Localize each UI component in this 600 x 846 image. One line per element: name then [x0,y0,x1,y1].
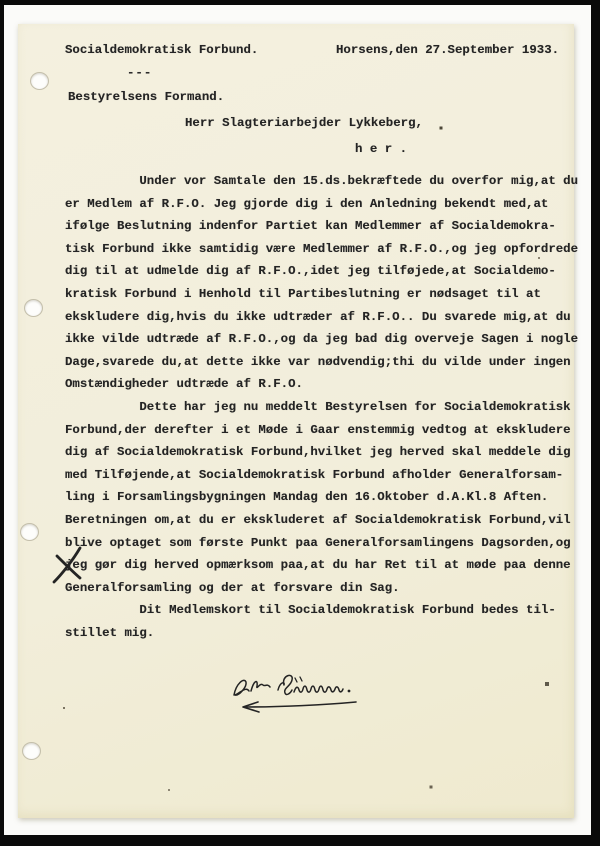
letter-line: ling i Forsamlingsbygningen Mandag den 1… [65,486,578,509]
punch-hole [24,299,43,317]
letter-line: Beretningen om,at du er ekskluderet af S… [65,509,578,532]
letter-line: kratisk Forbund i Henhold til Partibeslu… [65,283,578,306]
scan-frame: Socialdemokratisk Forbund. Horsens,den 2… [0,0,600,846]
letter-line: Dette har jeg nu meddelt Bestyrelsen for… [65,396,578,419]
letter-line: Under vor Samtale den 15.ds.bekræftede d… [65,170,578,193]
letter-line: dig af Socialdemokratisk Forbund,hvilket… [65,441,578,464]
dateline: Horsens,den 27.September 1933. [336,43,559,58]
letter-line: er Medlem af R.F.O. Jeg gjorde dig i den… [65,193,578,216]
separator-dashes: --- [127,66,152,81]
letter-line: med Tilføjende,at Socialdemokratisk Forb… [65,464,578,487]
letter-line: Dage,svarede du,at dette ikke var nødven… [65,351,578,374]
scan-backdrop: Socialdemokratisk Forbund. Horsens,den 2… [4,5,591,835]
punch-hole [22,742,41,760]
letter-line: ifølge Beslutning indenfor Partiet kan M… [65,215,578,238]
letter-line: Forbund,der derefter i et Møde i Gaar en… [65,419,578,442]
sender-title: Bestyrelsens Formand. [68,90,224,105]
letter-line: dig til at udmelde dig af R.F.O.,idet je… [65,260,578,283]
dust-speckles [18,24,20,26]
letter-line: Generalforsamling og der at forsvare din… [65,577,578,600]
letter-line: blive optaget som første Punkt paa Gener… [65,532,578,555]
handwritten-signature [228,669,373,719]
handwritten-x-mark [52,546,84,586]
recipient-location: h e r . [355,142,407,157]
organization-name: Socialdemokratisk Forbund. [65,43,258,58]
letter-page: Socialdemokratisk Forbund. Horsens,den 2… [18,24,574,818]
letter-line: tisk Forbund ikke samtidig være Medlemme… [65,238,578,261]
letter-line: stillet mig. [65,622,578,645]
letter-line: Omstændigheder udtræde af R.F.O. [65,373,578,396]
recipient-name: Herr Slagteriarbejder Lykkeberg, [185,116,423,131]
letter-line: Dit Medlemskort til Socialdemokratisk Fo… [65,599,578,622]
letter-line: ekskludere dig,hvis du ikke udtræder af … [65,306,578,329]
letter-body: Under vor Samtale den 15.ds.bekræftede d… [65,170,578,644]
punch-hole [20,523,39,541]
letter-line: jeg gør dig herved opmærksom paa,at du h… [65,554,578,577]
punch-hole [30,72,49,90]
letter-line: ikke vilde udtræde af R.F.O.,og da jeg b… [65,328,578,351]
